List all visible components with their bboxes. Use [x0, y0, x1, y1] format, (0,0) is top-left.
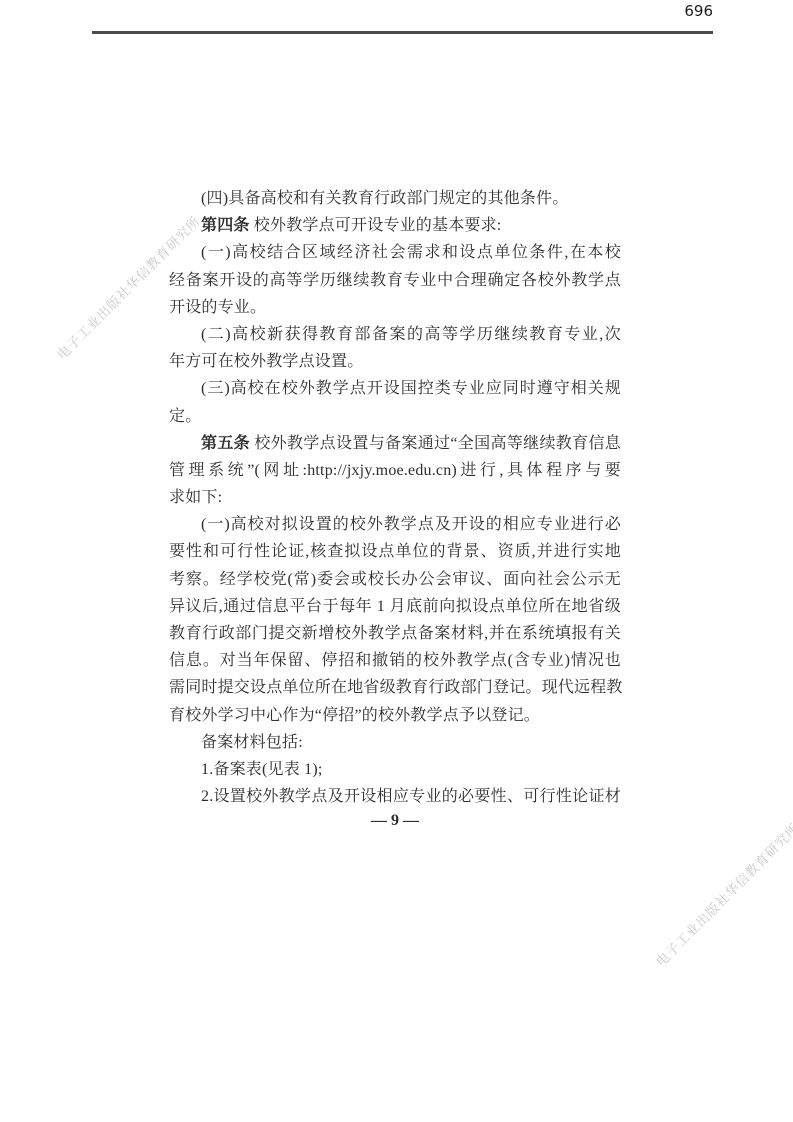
text-line: 第五条 校外教学点设置与备案通过“全国高等继续教育信息 [169, 430, 621, 457]
text-line: 信息。对当年保留、停招和撤销的校外教学点(含专业)情况也 [169, 647, 621, 674]
document-body: (四)具备高校和有关教育行政部门规定的其他条件。第四条 校外教学点可开设专业的基… [169, 185, 621, 810]
text-line: (一)高校结合区域经济社会需求和设点单位条件,在本校 [169, 239, 621, 266]
top-page-number: 696 [92, 2, 713, 20]
text-line: 考察。经学校党(常)委会或校长办公会审议、面向社会公示无 [169, 566, 621, 593]
text-line: 要性和可行性论证,核查拟设点单位的背景、资质,并进行实地 [169, 538, 621, 565]
text-line: 定。 [169, 403, 621, 430]
footer-page-number: — 9 — [169, 812, 621, 830]
text-line: 教育行政部门提交新增校外教学点备案材料,并在系统填报有关 [169, 620, 621, 647]
text-line: 育校外学习中心作为“停招”的校外教学点予以登记。 [169, 702, 621, 729]
text-line: 1.备案表(见表 1); [169, 756, 621, 783]
text-line: (四)具备高校和有关教育行政部门规定的其他条件。 [169, 185, 621, 212]
watermark-bottom-right: 电子工业出版社华信教育研究所 [651, 818, 793, 970]
text-line: 2.设置校外教学点及开设相应专业的必要性、可行性论证材 [169, 783, 621, 810]
text-line: (三)高校在校外教学点开设国控类专业应同时遵守相关规 [169, 375, 621, 402]
text-line: 求如下: [169, 484, 621, 511]
article-number: 第四条 [201, 217, 250, 234]
text-line: 第四条 校外教学点可开设专业的基本要求: [169, 212, 621, 239]
text-line: 需同时提交设点单位所在地省级教育行政部门登记。现代远程教 [169, 674, 621, 701]
text-line: 年方可在校外教学点设置。 [169, 348, 621, 375]
text-line: 异议后,通过信息平台于每年 1 月底前向拟设点单位所在地省级 [169, 593, 621, 620]
text-line: 开设的专业。 [169, 294, 621, 321]
document-page: 696 电子工业出版社华信教育研究所 电子工业出版社华信教育研究所 (四)具备高… [0, 0, 793, 1122]
text-line: 管理系统”(网址:http://jxjy.moe.edu.cn)进行,具体程序与… [169, 457, 621, 484]
text-line: 经备案开设的高等学历继续教育专业中合理确定各校外教学点 [169, 267, 621, 294]
text-line: (一)高校对拟设置的校外教学点及开设的相应专业进行必 [169, 511, 621, 538]
text-line: 备案材料包括: [169, 729, 621, 756]
article-number: 第五条 [201, 435, 250, 452]
text-line: (二)高校新获得教育部备案的高等学历继续教育专业,次 [169, 321, 621, 348]
header-rule [92, 31, 713, 34]
